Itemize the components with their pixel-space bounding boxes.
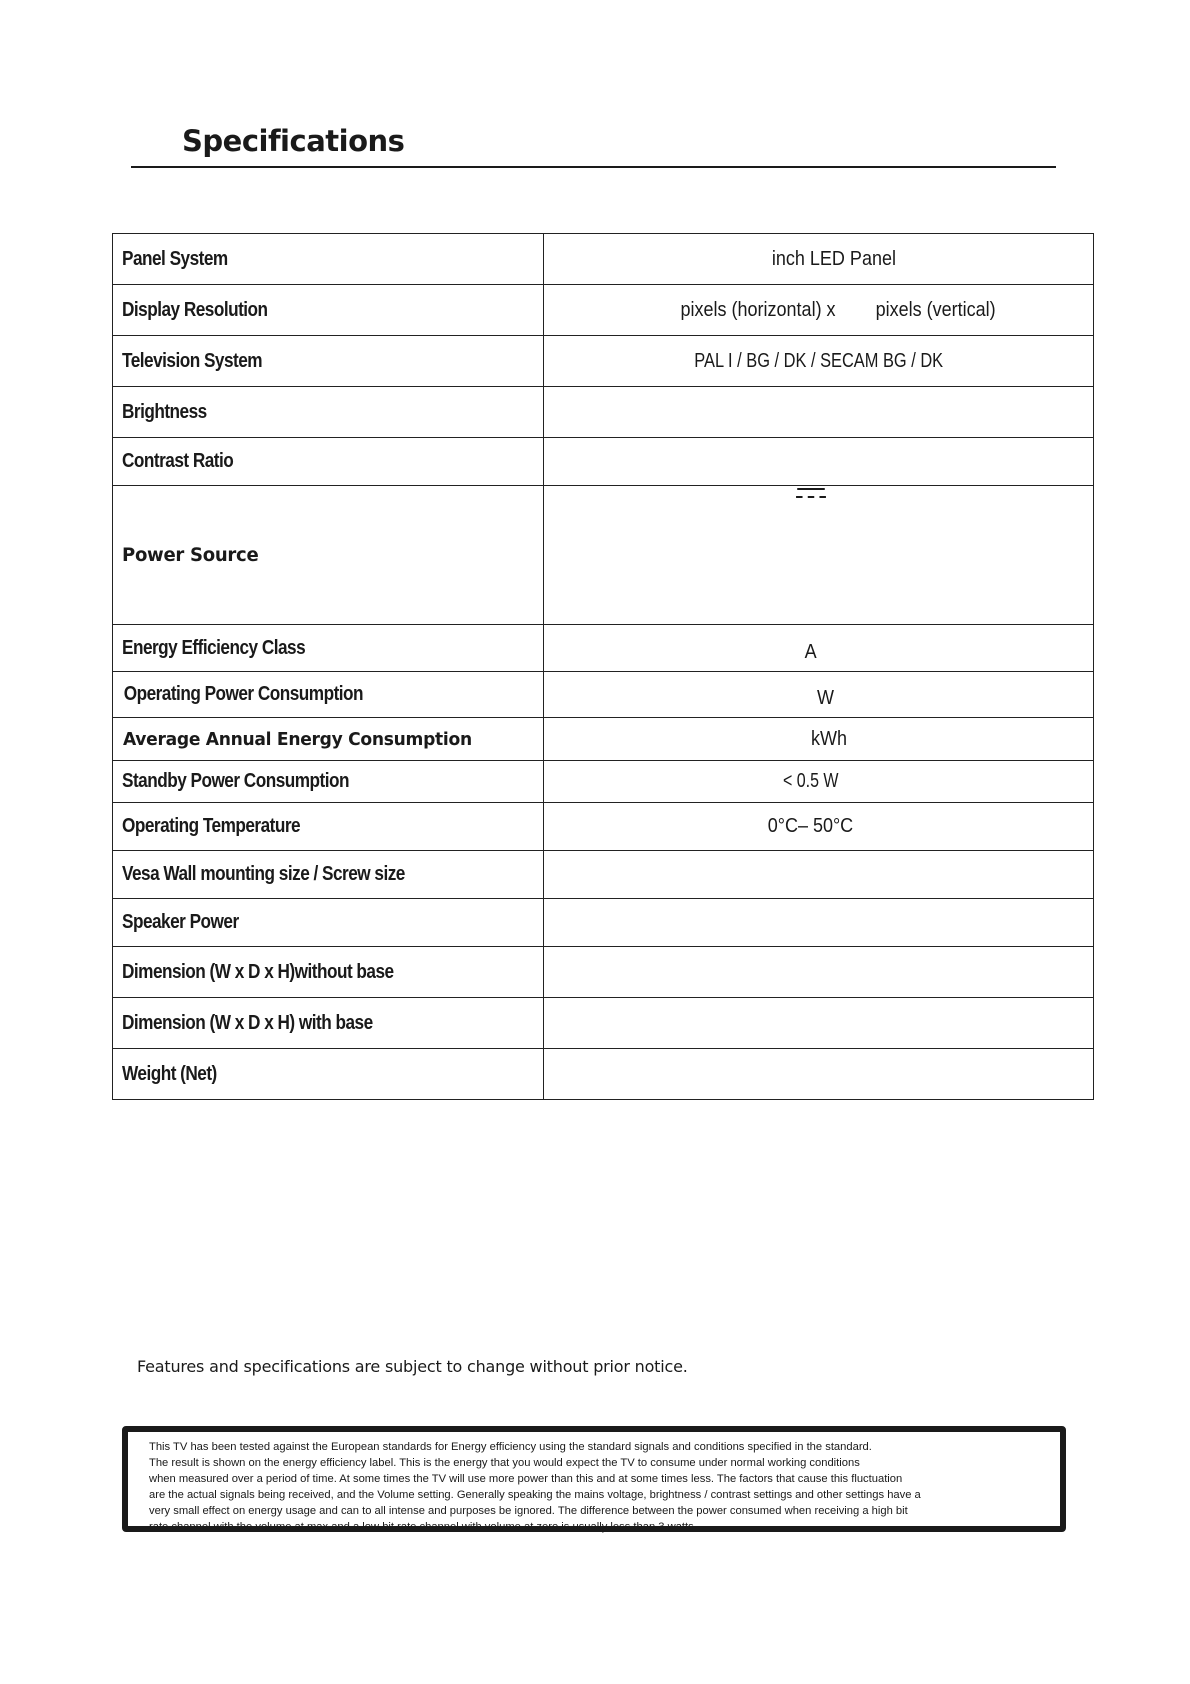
spec-label: Vesa Wall mounting size / Screw size bbox=[113, 851, 544, 899]
spec-value bbox=[544, 486, 1094, 625]
spec-value: pixels (horizontal) x pixels (vertical) bbox=[544, 285, 1094, 336]
spec-label: Display Resolution bbox=[113, 285, 544, 336]
table-row: Power Source bbox=[113, 486, 1094, 625]
table-row: Standby Power Consumption < 0.5 W bbox=[113, 761, 1094, 803]
spec-value: kWh bbox=[544, 718, 1094, 761]
spec-label: Operating Power Consumption bbox=[113, 672, 544, 718]
spec-label: Energy Efficiency Class bbox=[113, 625, 544, 672]
spec-value bbox=[544, 1049, 1094, 1100]
spec-value: inch LED Panel bbox=[544, 234, 1094, 285]
spec-label: Dimension (W x D x H)without base bbox=[113, 947, 544, 998]
table-row: Vesa Wall mounting size / Screw size bbox=[113, 851, 1094, 899]
table-row: Energy Efficiency Class A bbox=[113, 625, 1094, 672]
spec-label: Dimension (W x D x H) with base bbox=[113, 998, 544, 1049]
spec-value bbox=[544, 387, 1094, 438]
spec-value: 0°C– 50°C bbox=[544, 803, 1094, 851]
change-notice: Features and specifications are subject … bbox=[137, 1357, 688, 1376]
spec-label: Speaker Power bbox=[113, 899, 544, 947]
page-title: Specifications bbox=[182, 124, 404, 158]
spec-label: Panel System bbox=[113, 234, 544, 285]
spec-label: Weight (Net) bbox=[113, 1049, 544, 1100]
table-row: Display Resolution pixels (horizontal) x… bbox=[113, 285, 1094, 336]
spec-label: Standby Power Consumption bbox=[113, 761, 544, 803]
spec-value bbox=[544, 438, 1094, 486]
notice-line: rate channel with the volume at max and … bbox=[149, 1519, 1060, 1535]
table-row: Contrast Ratio bbox=[113, 438, 1094, 486]
specifications-table: Panel System inch LED Panel Display Reso… bbox=[112, 233, 1094, 1100]
spec-label: Average Annual Energy Consumption bbox=[113, 718, 544, 761]
spec-value bbox=[544, 851, 1094, 899]
spec-value bbox=[544, 899, 1094, 947]
notice-line: very small effect on energy usage and ca… bbox=[149, 1503, 1060, 1519]
table-row: Average Annual Energy Consumption kWh bbox=[113, 718, 1094, 761]
table-row: Operating Temperature 0°C– 50°C bbox=[113, 803, 1094, 851]
spec-label: Television System bbox=[113, 336, 544, 387]
energy-notice-box: This TV has been tested against the Euro… bbox=[122, 1426, 1066, 1532]
notice-line: The result is shown on the energy effici… bbox=[149, 1455, 1060, 1471]
spec-value: PAL I / BG / DK / SECAM BG / DK bbox=[544, 336, 1094, 387]
spec-value: A bbox=[544, 625, 1094, 672]
table-row: Speaker Power bbox=[113, 899, 1094, 947]
table-row: Dimension (W x D x H)without base bbox=[113, 947, 1094, 998]
spec-label: Operating Temperature bbox=[113, 803, 544, 851]
table-row: Brightness bbox=[113, 387, 1094, 438]
spec-label: Power Source bbox=[113, 486, 544, 625]
notice-line: This TV has been tested against the Euro… bbox=[149, 1439, 1060, 1455]
title-divider bbox=[131, 166, 1056, 168]
table-row: Weight (Net) bbox=[113, 1049, 1094, 1100]
spec-value: < 0.5 W bbox=[544, 761, 1094, 803]
spec-value bbox=[544, 947, 1094, 998]
spec-value bbox=[544, 998, 1094, 1049]
table-row: Operating Power Consumption W bbox=[113, 672, 1094, 718]
spec-value: W bbox=[544, 672, 1094, 718]
notice-line: when measured over a period of time. At … bbox=[149, 1471, 1060, 1487]
notice-line: are the actual signals being received, a… bbox=[149, 1487, 1060, 1503]
dc-current-icon bbox=[795, 488, 826, 498]
table-row: Panel System inch LED Panel bbox=[113, 234, 1094, 285]
spec-label: Contrast Ratio bbox=[113, 438, 544, 486]
table-row: Dimension (W x D x H) with base bbox=[113, 998, 1094, 1049]
spec-label: Brightness bbox=[113, 387, 544, 438]
table-row: Television System PAL I / BG / DK / SECA… bbox=[113, 336, 1094, 387]
